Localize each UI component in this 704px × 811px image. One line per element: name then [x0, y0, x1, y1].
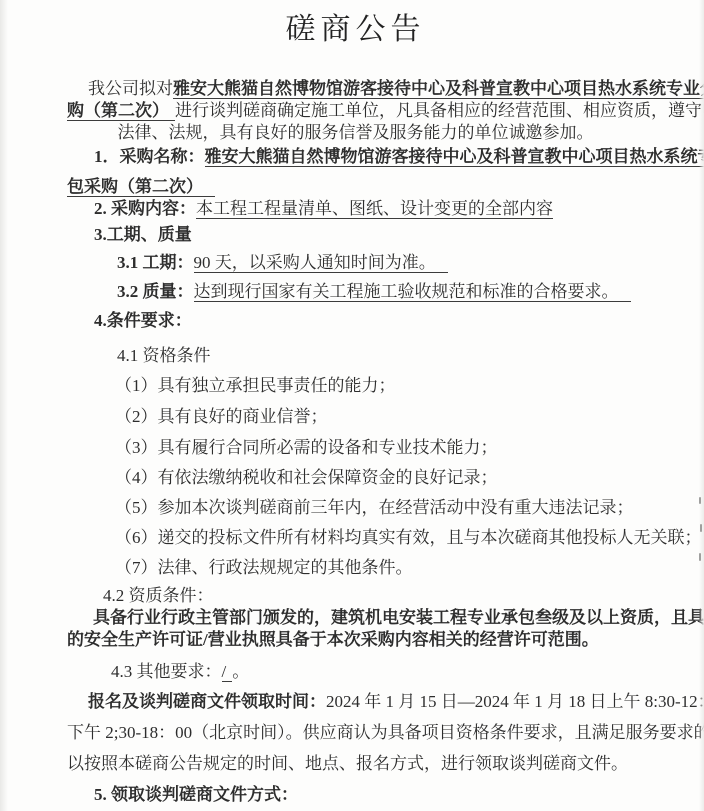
section-3-1-duration: 3.1 工期：90 天，以采购人通知时间为准。 [67, 252, 644, 274]
procurement-content-value: 本工程工程量清单、图纸、设计变更的全部内容 [196, 199, 553, 219]
section-4-2-heading: 4.2 资质条件： [67, 585, 644, 607]
quality-value: 达到现行国家有关工程施工验收规范和标准的合格要求。 [194, 282, 631, 302]
scan-artifact [700, 524, 702, 532]
procurement-name-value: 雅安大熊猫自然博物馆游客接待中心及科普宣教中心项目热水系统专业分 [205, 147, 704, 167]
intro-text: 我公司拟对 [88, 79, 173, 98]
duration-quality-label: 3.工期、质量 [94, 225, 192, 244]
section-3-2-quality: 3.2 质量：达到现行国家有关工程施工验收规范和标准的合格要求。 [67, 281, 644, 303]
requirements-label: 4.条件要求： [94, 311, 192, 330]
section-5-heading: 5. 领取谈判磋商文件方式： [67, 784, 644, 806]
procurement-content-label: 2. 采购内容： [94, 199, 196, 218]
intro-line-2: 购（第二次）进行谈判磋商确定施工单位，凡具备相应的经营范围、相应资质，遵守中国有… [67, 100, 644, 122]
intro-line-1: 我公司拟对雅安大熊猫自然博物馆游客接待中心及科普宣教中心项目热水系统专业分包采 [67, 78, 644, 100]
section-4-1-heading: 4.1 资格条件 [67, 345, 644, 367]
section-3-heading: 3.工期、质量 [67, 224, 644, 246]
scan-artifact [699, 497, 701, 504]
scan-edge-right [699, 0, 704, 811]
intro-text: 进行谈判磋商确定施工单位，凡具备相应的经营范围、相应资质，遵守中国有关 [175, 101, 704, 120]
page-title: 磋商公告 [67, 12, 644, 48]
section-2-procurement-content: 2. 采购内容：本工程工程量清单、图纸、设计变更的全部内容 [67, 198, 644, 220]
procurement-name-value: 包采购（第二次） [67, 177, 215, 197]
document-collection-method-label: 5. 领取谈判磋商文件方式： [94, 785, 298, 804]
scan-artifact [699, 553, 701, 561]
qualification-item: （7）法律、行政法规规定的其他条件。 [67, 557, 644, 579]
qualification-item: （4）有依法缴纳税收和社会保障资金的良好记录； [67, 467, 644, 489]
qualification-item: （6）递交的投标文件所有材料均真实有效，且与本次磋商其他投标人无关联； [67, 527, 644, 549]
duration-label: 3.1 工期： [117, 253, 194, 272]
section-4-3-other-requirements: 4.3 其他要求：/。 [67, 661, 644, 683]
intro-line-3: 法律、法规，具有良好的服务信誉及服务能力的单位诚邀参加。 [67, 122, 644, 144]
qualification-item: （3）具有履行合同所必需的设备和专业技术能力； [67, 437, 644, 459]
registration-time-value: 2024 年 1 月 15 日—2024 年 1 月 18 日上午 8:30-1… [326, 692, 704, 711]
announcement-document: 磋商公告 我公司拟对雅安大熊猫自然博物馆游客接待中心及科普宣教中心项目热水系统专… [0, 0, 704, 811]
credential-text: 具备行业行政主管部门颁发的，建筑机电安装工程专业承包叁级及以上资质，且具备有效 [93, 608, 704, 627]
section-4-heading: 4.条件要求： [67, 310, 644, 332]
other-requirements-label: 4.3 其他要求： [111, 662, 222, 681]
project-name-emphasis: 雅安大熊猫自然博物馆游客接待中心及科普宣教中心项目热水系统专业分包采 [173, 79, 704, 99]
qualification-item: （5）参加本次谈判磋商前三年内，在经营活动中没有重大违法记录； [67, 497, 644, 519]
qualification-item: （1）具有独立承担民事责任的能力； [67, 375, 644, 397]
quality-label: 3.2 质量： [117, 282, 194, 301]
scan-edge-left [0, 0, 8, 811]
registration-time-label: 报名及谈判磋商文件领取时间： [88, 692, 326, 711]
duration-value: 90 天，以采购人通知时间为准。 [194, 253, 448, 273]
credential-text: 的安全生产许可证/营业执照具备于本次采购内容相关的经营许可范围。 [67, 630, 599, 649]
registration-time-line-1: 报名及谈判磋商文件领取时间：2024 年 1 月 15 日—2024 年 1 月… [67, 691, 644, 713]
registration-time-line-2: 下午 2;30-18：00（北京时间）。供应商认为具备项目资格条件要求，且满足服… [67, 722, 644, 744]
qualification-item: （2）具有良好的商业信誉； [67, 406, 644, 428]
credential-paragraph-line-1: 具备行业行政主管部门颁发的，建筑机电安装工程专业承包叁级及以上资质，且具备有效 [67, 607, 644, 629]
other-requirements-value: / [222, 662, 233, 682]
project-name-emphasis: 购（第二次） [67, 101, 175, 121]
registration-time-line-3: 以按照本磋商公告规定的时间、地点、报名方式，进行领取谈判磋商文件。 [67, 753, 644, 775]
section-1-procurement-name-cont: 包采购（第二次） [67, 176, 644, 198]
procurement-name-label: 1．采购名称： [94, 147, 205, 166]
other-requirements-suffix: 。 [232, 662, 249, 681]
section-1-procurement-name: 1．采购名称：雅安大熊猫自然博物馆游客接待中心及科普宣教中心项目热水系统专业分 [67, 146, 644, 168]
credential-paragraph-line-2: 的安全生产许可证/营业执照具备于本次采购内容相关的经营许可范围。 [67, 629, 644, 651]
